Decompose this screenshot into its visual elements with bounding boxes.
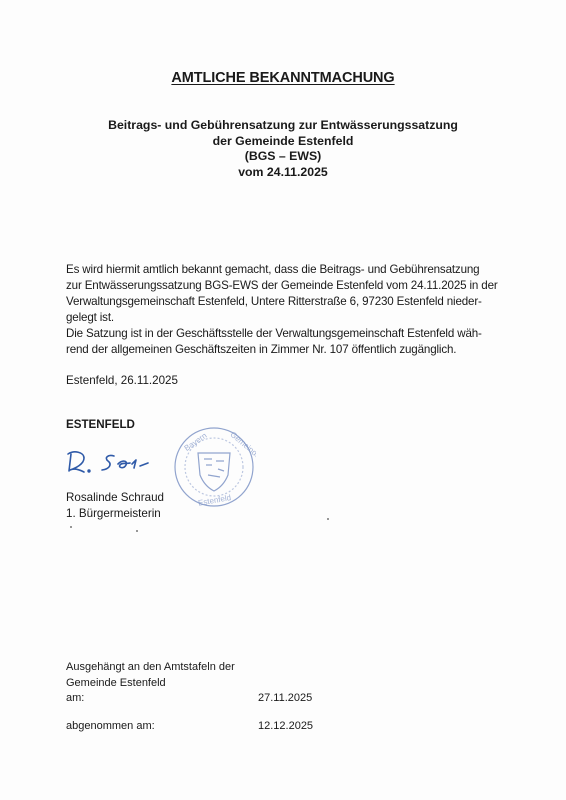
posting-intro-line: Ausgehängt an den Amtstafeln der [66,660,235,676]
signer-name: Rosalinde Schraud [66,490,164,506]
announcement-body: Es wird hiermit amtlich bekannt gemacht,… [66,262,526,358]
municipality-name: ESTENFELD [66,418,135,431]
body-line: Die Satzung ist in der Geschäftsstelle d… [66,326,526,342]
subtitle-line: Beitrags- und Gebührensatzung zur Entwäs… [0,118,566,134]
body-line: Es wird hiermit amtlich bekannt gemacht,… [66,262,526,278]
scan-speck [136,530,138,532]
signer-block: Rosalinde Schraud 1. Bürgermeisterin [66,490,164,522]
document-subtitle: Beitrags- und Gebührensatzung zur Entwäs… [0,118,566,180]
document-page: AMTLICHE BEKANNTMACHUNG Beitrags- und Ge… [0,0,566,800]
signature-icon [62,446,162,478]
signer-role: 1. Bürgermeisterin [66,506,164,522]
body-line: gelegt ist. [66,310,526,326]
svg-text:Bayern: Bayern [183,431,209,453]
posted-row: am: 27.11.2025 [66,691,235,707]
posting-intro-line: Gemeinde Estenfeld [66,676,235,692]
subtitle-line: der Gemeinde Estenfeld [0,134,566,150]
removed-row: abgenommen am: 12.12.2025 [66,719,235,735]
subtitle-line: (BGS – EWS) [0,149,566,165]
removed-label: abgenommen am: [66,720,155,732]
body-line: Verwaltungsgemeinschaft Estenfeld, Unter… [66,294,526,310]
subtitle-line: vom 24.11.2025 [0,165,566,181]
removed-date: 12.12.2025 [258,719,313,735]
document-title-text: AMTLICHE BEKANNTMACHUNG [171,70,394,86]
document-title: AMTLICHE BEKANNTMACHUNG [0,70,566,86]
place-and-date: Estenfeld, 26.11.2025 [66,374,178,387]
scan-speck [327,518,329,520]
scan-speck [70,526,72,528]
posted-date: 27.11.2025 [258,691,312,707]
posting-record: Ausgehängt an den Amtstafeln der Gemeind… [66,660,235,734]
body-line: rend der allgemeinen Geschäftszeiten in … [66,342,526,358]
seal-icon: Bayern Gemeinde Estenfeld [172,425,256,509]
body-line: zur Entwässerungssatzung BGS-EWS der Gem… [66,278,526,294]
posted-label: am: [66,692,84,704]
